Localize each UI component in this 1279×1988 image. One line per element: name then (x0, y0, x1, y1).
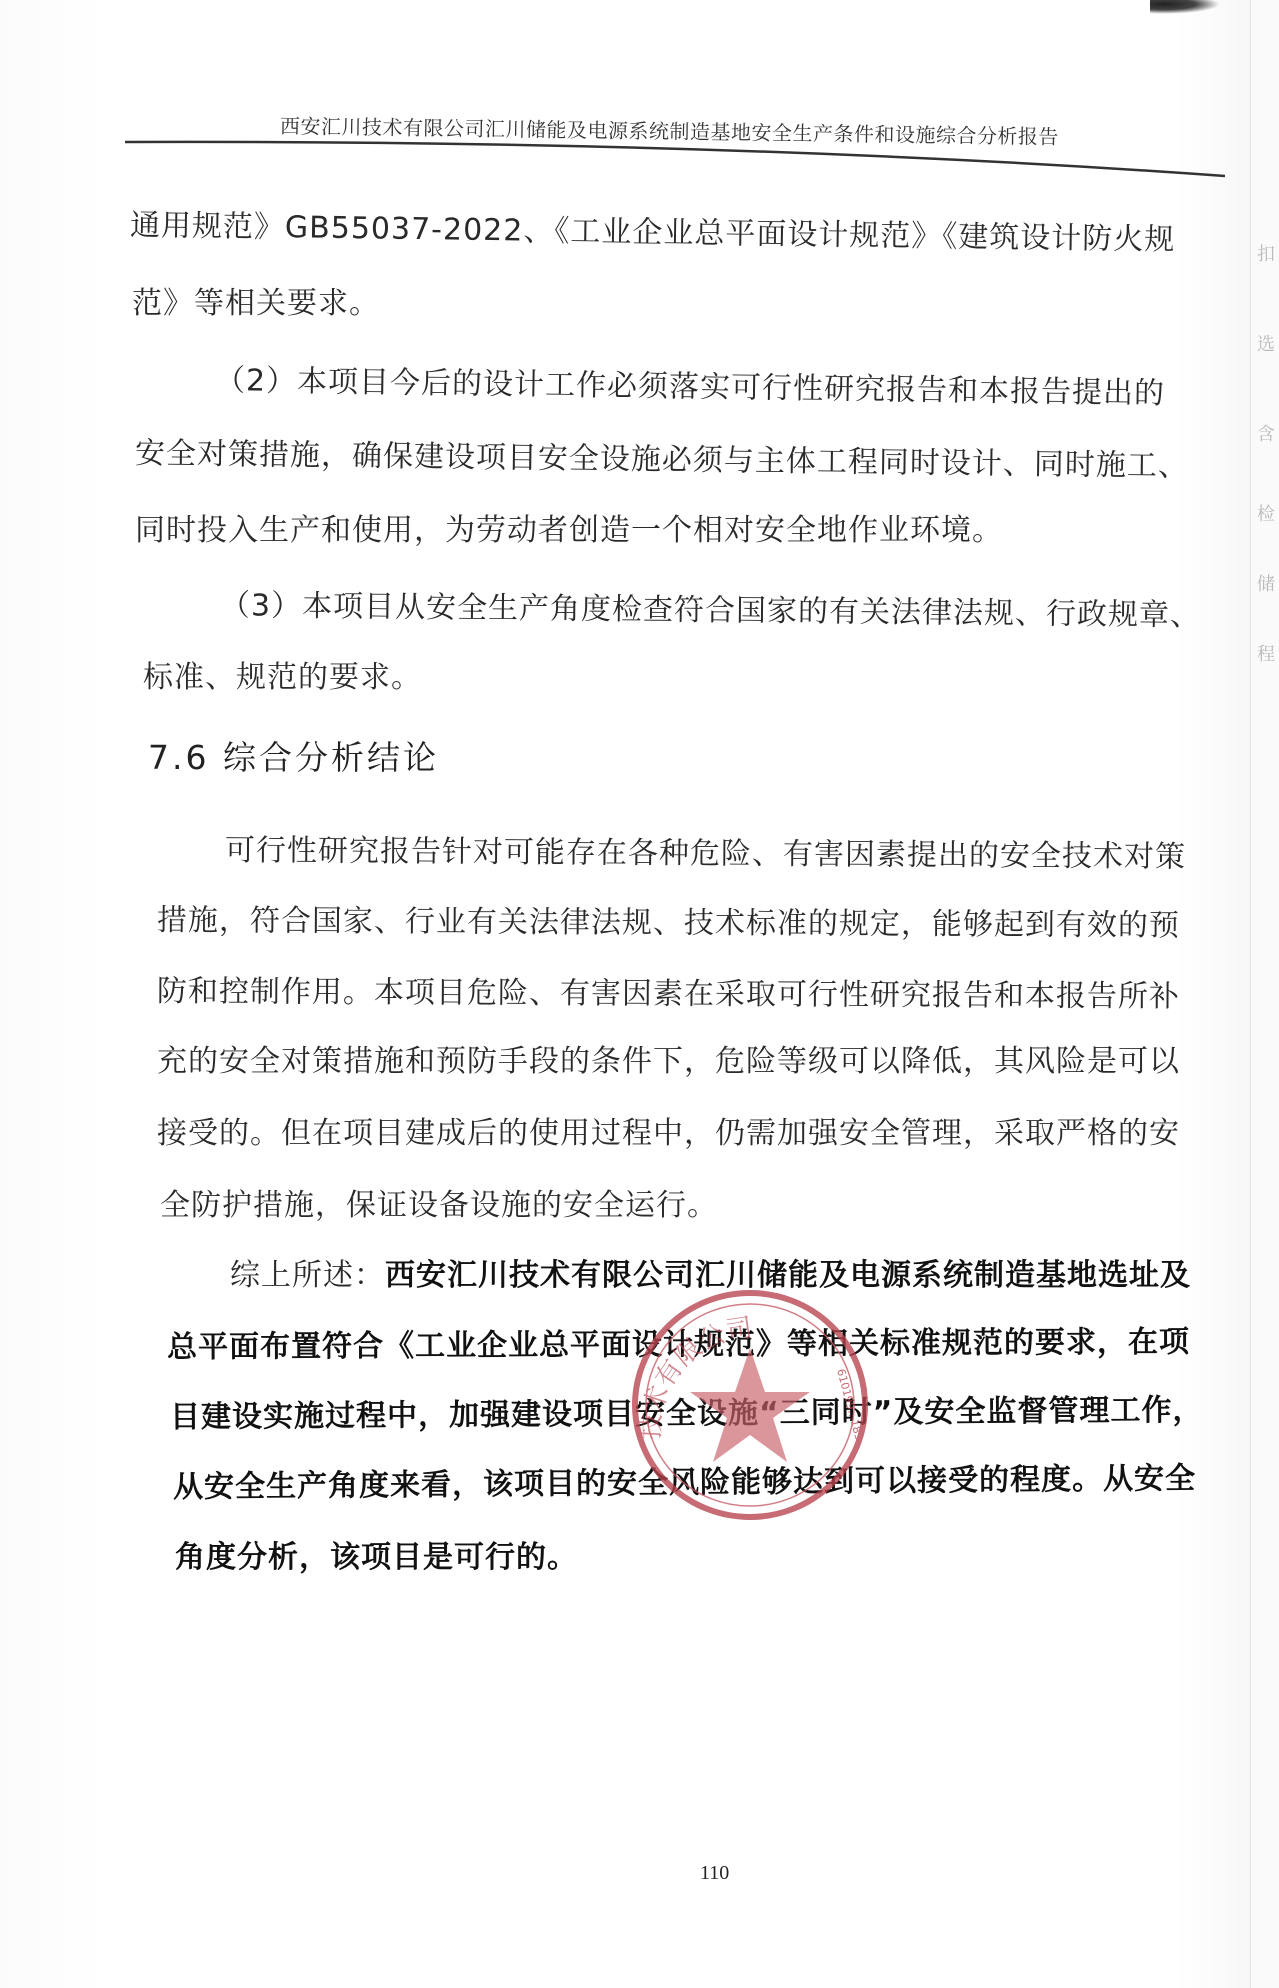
margin-mark: 检 (1257, 500, 1275, 526)
header-rule (125, 140, 1225, 180)
text-line: 接受的。但在项目建成后的使用过程中，仍需加强安全管理，采取严格的安 (157, 1108, 1180, 1152)
text-line: 防和控制作用。本项目危险、有害因素在采取可行性研究报告和本报告所补 (157, 966, 1180, 1015)
text-line: （3）本项目从安全生产角度检查符合国家的有关法律法规、行政规章、 (220, 580, 1202, 634)
text-line: 角度分析，该项目是可行的。 (175, 1532, 578, 1576)
text-line: （2）本项目今后的设计工作必须落实可行性研究报告和本报告提出的 (215, 355, 1166, 412)
adjacent-page-edge (1250, 0, 1279, 1988)
text-line: 通用规范》GB55037-2022、《工业企业总平面设计规范》《建筑设计防火规 (130, 200, 1176, 259)
margin-mark: 含 (1257, 420, 1275, 446)
margin-mark: 程 (1257, 640, 1275, 666)
page-number: 110 (700, 1862, 729, 1885)
text-line: 同时投入生产和使用，为劳动者创造一个相对安全地作业环境。 (135, 505, 1003, 549)
summary-lead: 综上所述： (230, 1258, 385, 1293)
margin-mark: 扣 (1257, 240, 1275, 266)
section-heading: 7.6 综合分析结论 (148, 732, 439, 779)
text-line: 全防护措施，保证设备设施的安全运行。 (160, 1180, 718, 1224)
scan-artifact (1150, 0, 1220, 14)
text-line: 可行性研究报告针对可能存在各种危险、有害因素提出的安全技术对策 (225, 825, 1186, 876)
star-icon (690, 1348, 810, 1462)
text-line: 措施，符合国家、行业有关法律法规、技术标准的规定，能够起到有效的预 (157, 895, 1180, 944)
text-line: 标准、规范的要求。 (143, 652, 422, 696)
margin-mark: 选 (1257, 330, 1275, 356)
text-line: 安全对策措施，确保建设项目安全设施必须与主体工程同时设计、同时施工、 (135, 428, 1189, 485)
margin-mark: 储 (1257, 570, 1275, 596)
text-line: 范》等相关要求。 (132, 278, 380, 322)
document-page: 西安汇川技术有限公司汇川储能及电源系统制造基地安全生产条件和设施综合分析报告 通… (0, 0, 1279, 1988)
company-seal: 技术有限公司 610199...183 (605, 1280, 895, 1530)
text-line: 充的安全对策措施和预防手段的条件下，危险等级可以降低，其风险是可以 (157, 1036, 1180, 1080)
